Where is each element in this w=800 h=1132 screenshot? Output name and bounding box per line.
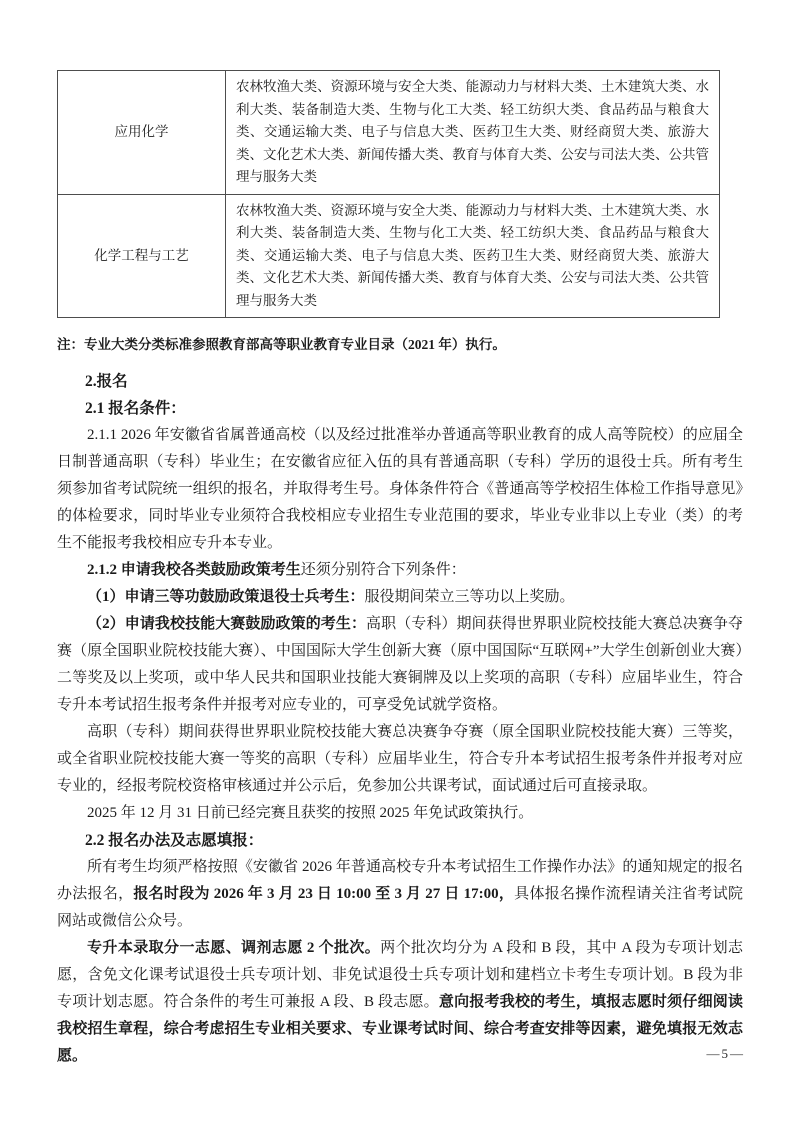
category-scope-cell: 农林牧渔大类、资源环境与安全大类、能源动力与材料大类、土木建筑大类、水利大类、装… xyxy=(226,71,720,195)
document-page: 应用化学 农林牧渔大类、资源环境与安全大类、能源动力与材料大类、土木建筑大类、水… xyxy=(0,0,800,1132)
major-name-cell: 应用化学 xyxy=(58,71,226,195)
table-row: 应用化学 农林牧渔大类、资源环境与安全大类、能源动力与材料大类、土木建筑大类、水… xyxy=(58,71,720,195)
text-run: 还须分别符合下列条件： xyxy=(301,562,466,578)
page-number: —5— xyxy=(707,1046,746,1062)
section-2-heading: 2.报名 xyxy=(57,368,743,395)
list-item-2: （2）申请我校技能大赛鼓励政策的考生：高职（专科）期间获得世界职业院校技能大赛总… xyxy=(57,611,743,719)
bold-run: 专升本录取分一志愿、调剂志愿 2 个批次。 xyxy=(87,940,380,956)
table-row: 化学工程与工艺 农林牧渔大类、资源环境与安全大类、能源动力与材料大类、土木建筑大… xyxy=(58,194,720,318)
bold-run: （2）申请我校技能大赛鼓励政策的考生： xyxy=(87,616,366,632)
paragraph-registration-method: 所有考生均须严格按照《安徽省 2026 年普通高校专升本考试招生工作操作办法》的… xyxy=(57,854,743,935)
table-note: 注：专业大类分类标准参照教育部高等职业教育专业目录（2021 年）执行。 xyxy=(57,334,743,355)
major-name-cell: 化学工程与工艺 xyxy=(58,194,226,318)
paragraph-skill-contest-third-prize: 高职（专科）期间获得世界职业院校技能大赛总决赛争夺赛（原全国职业院校技能大赛）三… xyxy=(57,719,743,800)
bold-run: 报名时段为 2026 年 3 月 23 日 10:00 至 3 月 27 日 1… xyxy=(133,886,514,902)
document-content: 应用化学 农林牧渔大类、资源环境与安全大类、能源动力与材料大类、土木建筑大类、水… xyxy=(57,70,743,1070)
paragraph-admission-batches: 专升本录取分一志愿、调剂志愿 2 个批次。两个批次均分为 A 段和 B 段，其中… xyxy=(57,935,743,1070)
section-2-2-heading: 2.2 报名办法及志愿填报： xyxy=(57,827,743,854)
bold-run: （1）申请三等功鼓励政策退役士兵考生： xyxy=(87,589,365,605)
section-2-1-heading: 2.1 报名条件： xyxy=(57,395,743,422)
category-scope-cell: 农林牧渔大类、资源环境与安全大类、能源动力与材料大类、土木建筑大类、水利大类、装… xyxy=(226,194,720,318)
paragraph-2-1-2: 2.1.2 申请我校各类鼓励政策考生还须分别符合下列条件： xyxy=(57,557,743,584)
paragraph-2-1-1: 2.1.1 2026 年安徽省省属普通高校（以及经过批准举办普通高等职业教育的成… xyxy=(57,422,743,557)
bold-run: 2.1.2 申请我校各类鼓励政策考生 xyxy=(87,562,301,578)
major-categories-table: 应用化学 农林牧渔大类、资源环境与安全大类、能源动力与材料大类、土木建筑大类、水… xyxy=(57,70,720,318)
paragraph-2025-policy: 2025 年 12 月 31 日前已经完赛且获奖的按照 2025 年免试政策执行… xyxy=(57,800,743,827)
list-item-1: （1）申请三等功鼓励政策退役士兵考生：服役期间荣立三等功以上奖励。 xyxy=(57,584,743,611)
text-run: 服役期间荣立三等功以上奖励。 xyxy=(365,589,575,605)
